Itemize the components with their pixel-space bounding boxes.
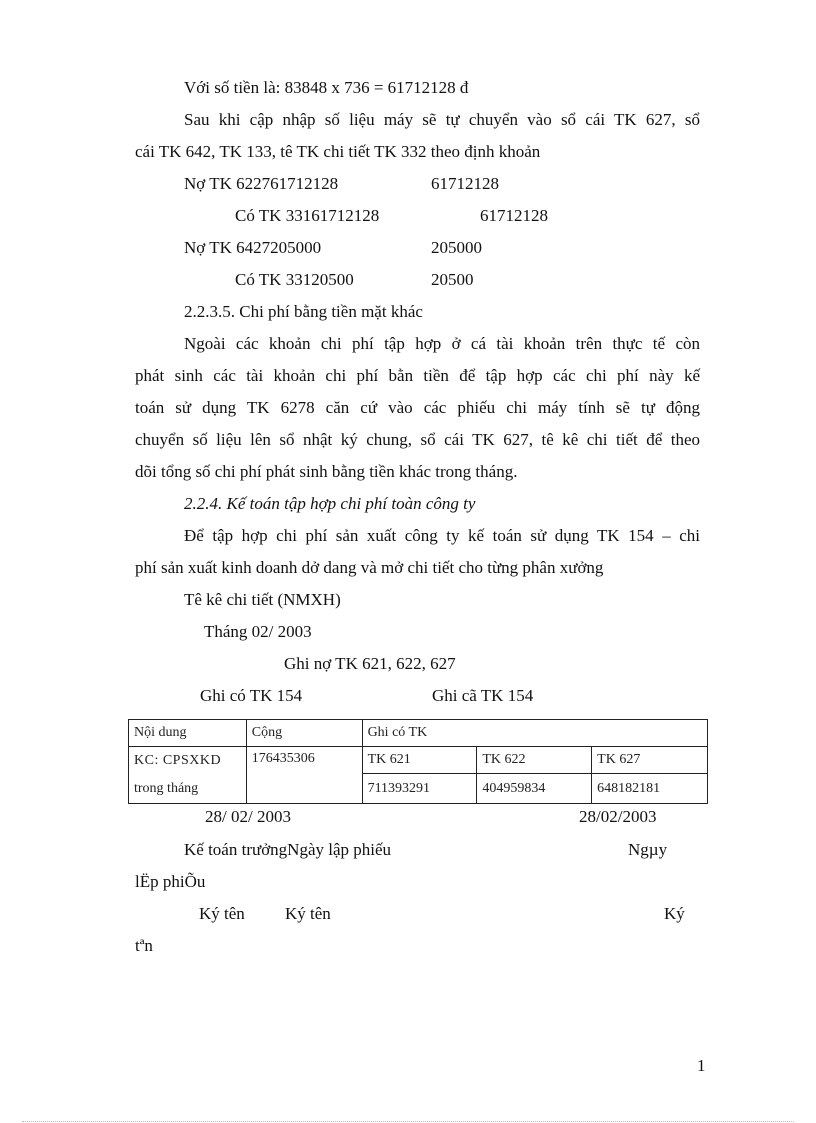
entry-account: Có TK 33161712128 xyxy=(235,206,379,226)
paragraph-line: Để tập hợp chi phí sản xuất công ty kế t… xyxy=(184,526,700,546)
cell-total: 176435306 xyxy=(246,747,362,804)
detail-table: Nội dung Cộng Ghi có TK KC: CPSXKD trong… xyxy=(128,719,708,804)
signature-roles: Kế toán trưởngNgày lập phiếu xyxy=(184,840,391,860)
paragraph-line: phí sản xuất kinh doanh dở dang và mở ch… xyxy=(135,558,603,578)
section-heading: 2.2.4. Kế toán tập hợp chi phí toàn công… xyxy=(184,494,475,514)
paragraph-line: chuyển số liệu lên sổ nhật ký chung, sổ … xyxy=(135,430,700,450)
cell-value-621: 711393291 xyxy=(362,774,477,804)
signature-role-right: Ngµy xyxy=(628,840,667,860)
section-heading: 2.2.3.5. Chi phí bằng tiền mặt khác xyxy=(184,302,423,322)
header-content: Nội dung xyxy=(129,720,247,747)
report-credit-right: Ghi cã TK 154 xyxy=(432,686,533,706)
entry-amount: 61712128 xyxy=(431,174,499,194)
signature-1: Ký tên xyxy=(199,904,245,924)
report-debit-label: Ghi nợ TK 621, 622, 627 xyxy=(284,654,456,674)
entry-account: Nợ TK 622761712128 xyxy=(184,174,338,194)
entry-amount: 205000 xyxy=(431,238,482,258)
paragraph-line: Sau khi cập nhập số liệu máy sẽ tự chuyể… xyxy=(184,110,700,130)
cell-value-622: 404959834 xyxy=(477,774,592,804)
report-month: Tháng 02/ 2003 xyxy=(204,622,312,642)
entry-account: Nợ TK 6427205000 xyxy=(184,238,321,258)
amount-line: Với số tiền là: 83848 x 736 = 61712128 đ xyxy=(184,78,468,98)
header-credit: Ghi có TK xyxy=(362,720,707,747)
cell-value-627: 648182181 xyxy=(592,774,708,804)
report-title: Tê kê chi tiết (NMXH) xyxy=(184,590,341,610)
page-boundary-divider xyxy=(22,1121,794,1122)
table-row: KC: CPSXKD trong tháng 176435306 TK 621 … xyxy=(129,747,708,774)
paragraph-line: phát sinh các tài khoản chi phí bằn tiền… xyxy=(135,366,700,386)
paragraph-line: Ngoài các khoản chi phí tập hợp ở cá tài… xyxy=(184,334,700,354)
signature-3-wrap: tªn xyxy=(135,936,153,956)
entry-account: Có TK 33120500 xyxy=(235,270,354,290)
entry-amount: 61712128 xyxy=(480,206,548,226)
signature-role-wrap: lËp phiÕu xyxy=(135,872,205,892)
signature-3: Ký xyxy=(664,904,685,924)
paragraph-line: dõi tổng số chi phí phát sinh bằng tiền … xyxy=(135,462,517,482)
cell-content: KC: CPSXKD trong tháng xyxy=(129,747,247,804)
cell-account-622: TK 622 xyxy=(477,747,592,774)
content-line-2: trong tháng xyxy=(134,775,241,803)
cell-account-621: TK 621 xyxy=(362,747,477,774)
date-right: 28/02/2003 xyxy=(579,807,656,827)
report-credit-left: Ghi có TK 154 xyxy=(200,686,302,706)
content-line-1: KC: CPSXKD xyxy=(134,747,241,775)
header-total: Cộng xyxy=(246,720,362,747)
entry-amount: 20500 xyxy=(431,270,474,290)
cell-account-627: TK 627 xyxy=(592,747,708,774)
page-number: 1 xyxy=(697,1056,706,1076)
paragraph-line: cái TK 642, TK 133, tê TK chi tiết TK 33… xyxy=(135,142,540,162)
date-left: 28/ 02/ 2003 xyxy=(205,807,291,827)
paragraph-line: toán sử dụng TK 6278 căn cứ vào các phiế… xyxy=(135,398,700,418)
signature-2: Ký tên xyxy=(285,904,331,924)
table-header-row: Nội dung Cộng Ghi có TK xyxy=(129,720,708,747)
